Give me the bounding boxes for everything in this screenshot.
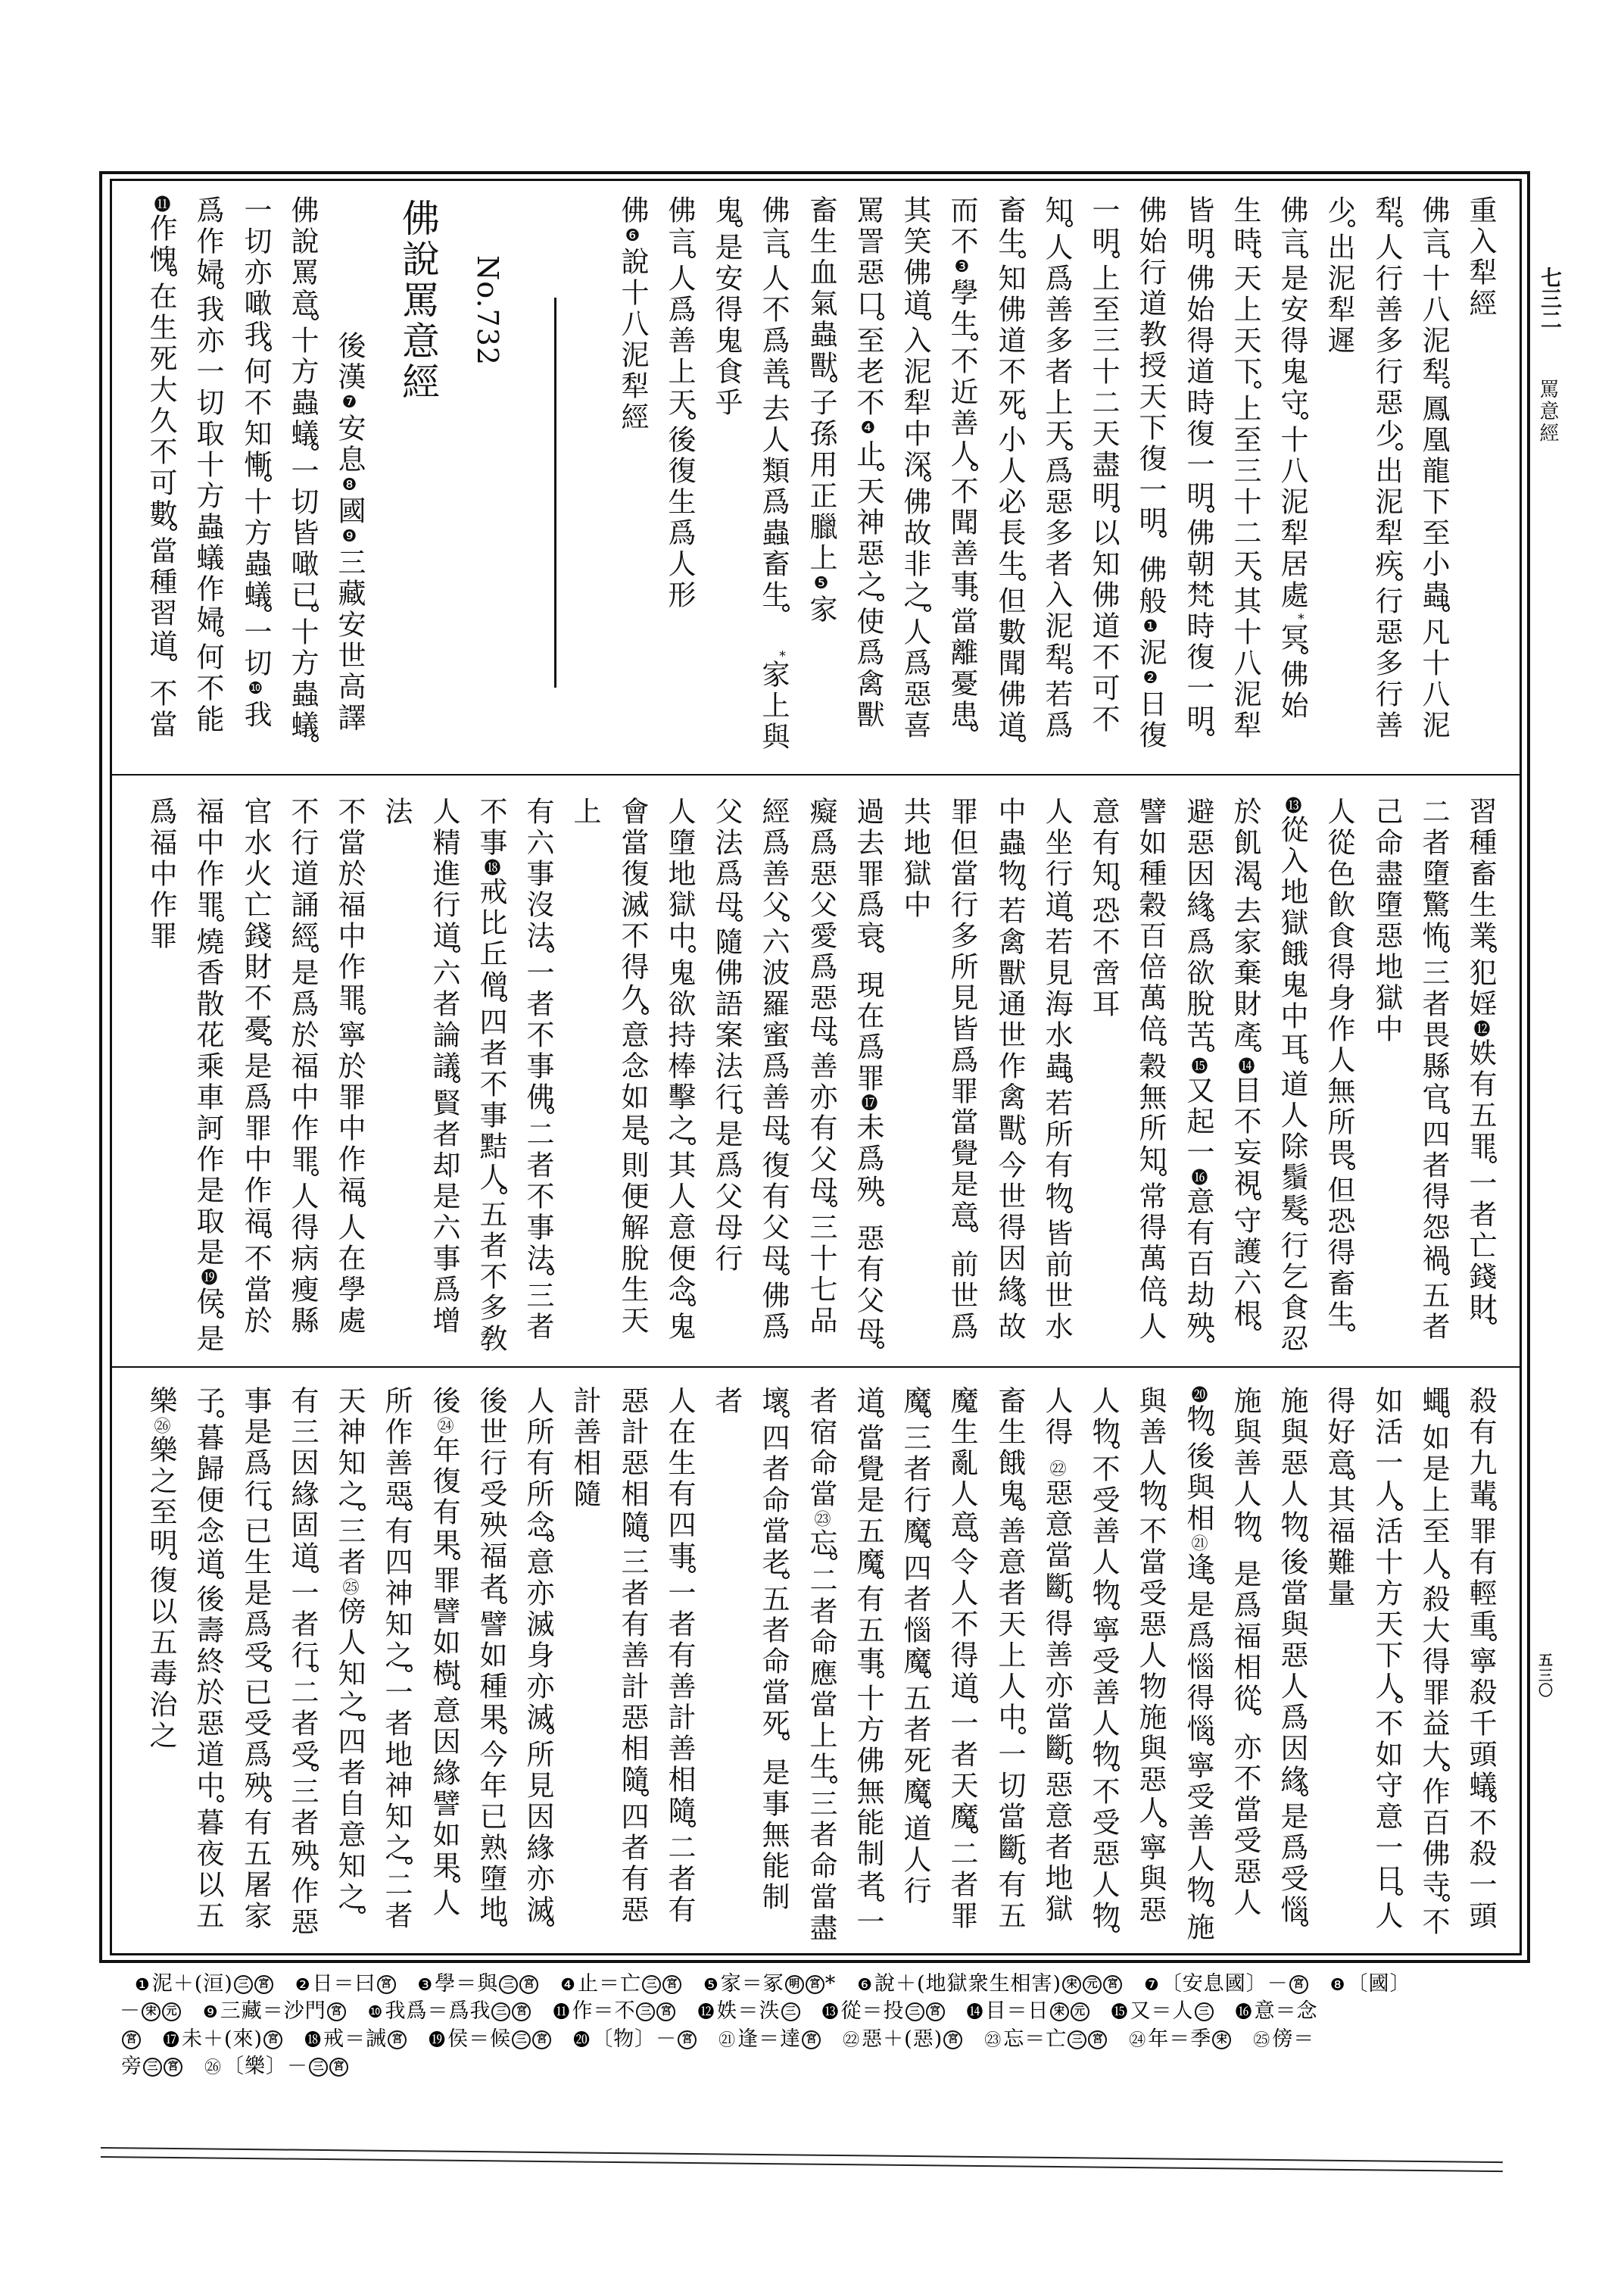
edition-siglum: 三 (234, 1975, 253, 1994)
text-column: 知。人爲善多者上天。爲惡多者入泥犁。若爲 (1033, 195, 1080, 741)
note-marker: ❹ (859, 419, 877, 439)
text-column: 重入犁經 (1457, 195, 1504, 320)
edition-siglum: 三 (642, 1975, 661, 1994)
note-marker: ⓴ (1189, 1386, 1208, 1404)
note-marker: ❸ (952, 257, 971, 278)
note-marker: ㉕ (340, 1578, 359, 1596)
note-marker: ㉓ (984, 2031, 1002, 2050)
asterisk-mark: * (775, 648, 790, 664)
text-column: 避惡因緣。爲欲脫苦。⓯又起一⓰意有百劫殃。 (1174, 797, 1221, 1348)
text-column: 畜生血氣蟲獸。子孫用正臘上❺家 (797, 195, 844, 626)
text-column: 魔。三者行魔。四者惱魔。五者死魔。道人行 (891, 1386, 938, 1907)
text-column: 畜生。知佛道不死。小人必長生。但數聞佛道。 (986, 195, 1033, 747)
register-divider-lower (112, 1366, 1520, 1368)
text-column: 意有知。恐不啻耳 (1080, 797, 1127, 1020)
edition-siglum: 宮 (1289, 1975, 1308, 1994)
note-marker: ㉔ (435, 1417, 454, 1435)
note-marker: ⓱ (859, 1094, 877, 1113)
edition-siglum: 宋 (1212, 2030, 1231, 2049)
text-column: ⓴物。後與相㉑逢。是爲惱得惱。寧受善人物。施 (1174, 1386, 1221, 1943)
text-column: 樂㉖樂之至明。復以五毒治之 (137, 1386, 184, 1752)
text-column: 所作善惡。有四神知之。一者地神知之。二者 (372, 1386, 419, 1932)
text-column: 後世行受殃福者。譬如種果。今年已熟墮地。 (467, 1386, 514, 1932)
edition-siglum: 宮 (329, 2058, 348, 2077)
note-marker: ❻ (623, 226, 642, 247)
edition-siglum: 宮 (388, 2030, 407, 2049)
edition-siglum: 宮 (254, 1975, 273, 1994)
edition-siglum: 宮 (164, 2058, 182, 2077)
text-column: 惡計惡相隨。三者有善計惡相隨。四者有惡 (609, 1386, 656, 1926)
text-column: 事是爲行。已生是爲受。已受爲殃。有五屠家 (232, 1386, 279, 1932)
footnote-line: 旁三宮 ㉖〔樂〕－三宮 (121, 2054, 349, 2081)
text-column: ⓫作愧。在生死大久不可數。當種習道。 不當 (137, 195, 184, 741)
edition-siglum: 三 (499, 1975, 518, 1994)
text-column: 施與惡人物。後當與惡人爲因緣。是爲受惱。 (1268, 1386, 1315, 1932)
note-marker: ㉑ (1189, 1534, 1208, 1553)
text-column: 佛言。人不爲善。去人類爲蟲畜生。 *家上與 (750, 195, 796, 753)
sutra-separator-rule (554, 298, 556, 688)
edition-siglum: 宮 (926, 2002, 945, 2021)
text-column: 罪但當行多所見皆爲罪當覺是意。 前世爲 (938, 797, 985, 1343)
text-column: 一切亦噉我。何不知慚。十方蟲蟻。一切❿我 (232, 195, 279, 731)
edition-siglum: 宮 (263, 2030, 282, 2049)
text-column: 施與善人物。 是爲福相從。 亦不當受惡人 (1221, 1386, 1268, 1919)
text-column: 人墮地獄中。鬼欲持棒擊之。其人意便念。鬼 (656, 797, 703, 1343)
note-marker: ⓮ (1236, 1057, 1255, 1075)
page-number: 七三二 (1535, 267, 1565, 330)
edition-siglum: 宋 (1050, 2002, 1069, 2021)
note-marker: ⓯ (1111, 2003, 1129, 2022)
text-column: 佛言。人爲善上天。後復生爲人形 (656, 195, 703, 611)
note-marker: ㉑ (718, 2031, 736, 2050)
text-column: 父法爲母。隨佛語案法行。是爲父母行 (703, 797, 750, 1275)
text-column: 不行道誦經。是爲於福中作罪。人得病瘦縣 (279, 797, 326, 1337)
text-column: 罵詈惡口。至老不❹止。天神惡之。使爲禽獸 (844, 195, 891, 731)
text-column: 者宿命當㉓忘。二者命應當上生。三者命當盡 (797, 1386, 844, 1944)
edition-siglum: 三 (512, 2030, 531, 2049)
note-marker: ❺ (812, 574, 831, 595)
text-column: 其笑佛道。入泥犁中深。佛故非之。人爲惡喜 (891, 195, 938, 741)
note-marker: ⓭ (822, 2003, 840, 2022)
footnote-line: －宋元 ❾三藏＝沙門宮 ❿我爲＝爲我三宮 ⓫作＝不三宮 ⓬妷＝泆三 ⓭從＝投三宮… (120, 1999, 1318, 2026)
note-marker: ❷ (295, 1976, 311, 1995)
margin-reference-number: 五三〇 (1531, 1653, 1558, 1698)
text-column: 如活一人。活十方天下人。不如守意一日。人 (1363, 1386, 1410, 1932)
text-column: 皆明。佛始得道時復一明。佛朝梵時復一明。 (1174, 195, 1221, 741)
edition-siglum: 宮 (678, 2030, 697, 2049)
note-marker: ⓮ (967, 2003, 984, 2022)
note-marker: ❻ (857, 1976, 873, 1995)
sutra-end-title-column: 佛❻說十八泥犁經 (609, 195, 656, 433)
text-column: 不當於福中作罪。寧於罪中作福。人在學處 (326, 797, 372, 1337)
text-column: 福中作罪。燒香散花乘車訶作是取是⓳侯。是 (184, 797, 231, 1355)
text-column: 譬如種穀百倍萬倍。穀無所知。常得萬倍。人 (1127, 797, 1174, 1343)
edition-siglum: 宋 (1062, 1975, 1081, 1994)
text-column: 人得 ㉒惡意當斷。得善亦當斷。惡意者地獄 (1033, 1386, 1080, 1925)
note-marker: ❸ (418, 1976, 434, 1995)
text-column: 蠅。如是上至人。殺大得罪益大。作百佛寺。不 (1410, 1386, 1457, 1938)
text-column: 二者墮驚怖。三者畏縣官。四者得怨禍。五者 (1410, 797, 1457, 1343)
text-column: 壞。四者命當老。五者命當死。 是事無能制 (750, 1386, 796, 1913)
note-marker: ⓰ (1236, 2003, 1253, 2022)
note-marker: ❽ (340, 476, 359, 496)
note-marker: ⓭ (1283, 797, 1301, 815)
text-column: 法 (372, 797, 419, 828)
note-marker: ⓬ (697, 2003, 715, 2022)
footnote-line: 宮 ⓱未＋(來)宮 ⓲戒＝誡宮 ⓳侯＝候三宮 ⓴〔物〕－宮 ㉑逢＝達宮 ㉒惡＋(… (121, 2027, 1314, 2054)
note-marker: ❿ (368, 2003, 384, 2022)
running-title: 罵意經 (1532, 379, 1563, 445)
edition-siglum: 三 (906, 2002, 924, 2021)
note-marker: ㉖ (151, 1417, 170, 1435)
note-marker: ⓴ (573, 2031, 591, 2050)
note-marker: ❶ (135, 1976, 151, 1995)
text-column: 人在生有四事。一者有善計善相隨。二者有 (656, 1386, 703, 1926)
note-marker: ㉒ (843, 2031, 860, 2050)
text-column: 與善人物。不當受惡人物施與惡人。寧與惡 (1127, 1386, 1174, 1926)
text-column: 天神知之。三者㉕傍人知之。四者自意知之。 (326, 1386, 372, 1919)
note-marker: ⓯ (1189, 1057, 1208, 1075)
edition-siglum: 元 (1083, 1975, 1102, 1994)
text-column: 人物。不受善人物。寧受善人物。不受惡人物。 (1080, 1386, 1127, 1938)
text-column: 習種畜生業。犯婬⓬妷有五罪。一者亡錢財。 (1457, 797, 1504, 1330)
text-column: 中蟲物。若禽獸通世作禽獸。今世得因緣。故 (986, 797, 1033, 1343)
text-column: 己命盡墮惡地獄中 (1363, 797, 1410, 1045)
note-marker: ⓰ (1189, 1169, 1208, 1187)
note-marker: ❶ (1141, 617, 1160, 638)
register-divider-upper (112, 774, 1520, 776)
note-marker: ❹ (560, 1976, 576, 1995)
sutra-title: 佛說罵意經 (391, 198, 444, 403)
text-column: 上 (561, 797, 608, 828)
note-marker: ⓲ (304, 2031, 322, 2050)
edition-siglum: 宮 (656, 2002, 675, 2021)
note-marker: ⓲ (482, 859, 500, 877)
text-column: 得好意。其福難量 (1315, 1386, 1362, 1609)
note-marker: ⓫ (553, 2003, 570, 2022)
note-marker: ⓳ (429, 2031, 446, 2050)
note-marker: ❿ (246, 679, 265, 700)
text-column: ⓭從入地獄餓鬼中耳。道人除鬚髮。行乞食忍 (1268, 797, 1315, 1355)
edition-siglum: 三 (143, 2058, 162, 2077)
bottom-rule-lower (101, 2156, 1503, 2172)
note-marker: ❽ (1330, 1976, 1346, 1995)
edition-siglum: 宮 (806, 1975, 824, 1994)
text-column: 爲作婦。我亦一切取十方蟲蟻作婦。何不能 (184, 195, 231, 735)
edition-siglum: 三 (1195, 2002, 1214, 2021)
edition-siglum: 元 (162, 2002, 181, 2021)
note-marker: ⓳ (198, 1269, 217, 1287)
footnote-line: ❶泥＋(洹)三宮 ❷日＝曰宮 ❸學＝與三宮 ❹止＝亡三宮 ❺家＝冢明宮* ❻說＋… (135, 1971, 1411, 1999)
edition-siglum: 三 (1068, 2030, 1086, 2049)
text-column: 道。當覺是五魔。有五事。十方佛無能制者。一 (844, 1386, 891, 1938)
edition-siglum: 三 (309, 2058, 328, 2077)
text-column: 過去罪爲衰。 現在爲罪⓱未爲殃。 惡有父母。 (844, 797, 891, 1354)
edition-siglum: 宋 (142, 2002, 161, 2021)
text-column: 佛言。十八泥犁。鳳凰龍下至小蟲。凡十八泥 (1410, 195, 1457, 741)
edition-siglum: 宮 (1103, 1975, 1122, 1994)
note-marker: ⓫ (151, 195, 170, 214)
edition-siglum: 宮 (802, 2030, 821, 2049)
text-column: 人從色飮食得身作人無所畏。但恐得畜生。 (1315, 797, 1362, 1337)
note-marker: ㉕ (1253, 2031, 1270, 2050)
edition-siglum: 宮 (662, 1975, 681, 1994)
text-column: 癡爲惡父愛爲惡母。善亦有父母。三十七品 (797, 797, 844, 1337)
note-marker: ㉖ (204, 2058, 222, 2077)
edition-siglum: 宮 (1088, 2030, 1107, 2049)
text-column: 殺有九輩。罪有輕重。寧殺千頭蟻。不殺一頭 (1457, 1386, 1504, 1932)
edition-siglum: 宮 (943, 2030, 962, 2049)
edition-siglum: 宮 (519, 1975, 538, 1994)
text-column: 人精進行道。六者論議。賢者却是六事爲增 (420, 797, 467, 1337)
text-column: 生時。天上天下。上至三十二天。其十八泥犁 (1221, 195, 1268, 741)
text-column: 佛言。是安得鬼守。十八泥犁居處*冥。佛始 (1268, 195, 1315, 722)
note-marker: ❼ (340, 393, 359, 414)
text-column: 計善相隨 (561, 1386, 608, 1510)
text-column: 不事⓲戒比丘僧。四者不事黠人。五者不多敎 (467, 797, 514, 1355)
text-column: 子。暮歸便念道。後壽終於惡道中。暮夜以五 (184, 1386, 231, 1932)
edition-siglum: 宮 (512, 2002, 531, 2021)
text-column: 魔生亂人意。令人不得道。一者天魔。二者罪 (938, 1386, 985, 1932)
text-column: 有三因緣固道。一者行。二者受。三者殃。作惡 (279, 1386, 326, 1938)
catalog-number: No.732 (469, 255, 507, 366)
text-column: 佛始行道教授天下復一明。 佛般❶泥❷日復 (1127, 195, 1174, 751)
note-marker: ⓱ (163, 2031, 180, 2050)
asterisk-mark: * (1293, 611, 1309, 627)
text-column: 佛說罵意。十方蟲蟻。一切皆噉已。十方蟲蟻。 (279, 195, 326, 747)
edition-siglum: 三 (781, 2002, 800, 2021)
bottom-rule-upper (101, 2147, 1503, 2163)
edition-siglum: 宮 (532, 2030, 551, 2049)
text-column: 經爲善父。六波羅蜜爲善母。復有父母。佛爲 (750, 797, 796, 1343)
text-column: 畜生餓鬼。善意者天上人中。一切當斷。有五 (986, 1386, 1033, 1932)
text-column: 於飢渴。去家棄財產。⓮目不妄視。守護六根。 (1221, 797, 1268, 1336)
translator-line: 後漢❼安息❽國❾三藏安世高譯 (326, 331, 372, 734)
edition-siglum: 宮 (377, 1975, 396, 1994)
edition-siglum: 宮 (122, 2030, 141, 2049)
note-marker: ❺ (703, 1976, 719, 1995)
text-column: 鬼。是安得鬼食乎 (703, 195, 750, 419)
edition-siglum: 三 (491, 2002, 510, 2021)
text-column: 爲福中作罪 (137, 797, 184, 952)
text-column: 共地獄中 (891, 797, 938, 921)
edition-siglum: 宮 (327, 2002, 346, 2021)
edition-siglum: 元 (1071, 2002, 1089, 2021)
text-column: 人所有所念。意亦滅身亦滅。所見因緣亦滅。 (514, 1386, 561, 1932)
text-column: 一明。上至三十二天盡明。以知佛道不可不 (1080, 195, 1127, 735)
scanned-page: 七三二 罵意經 五三〇 重入犁經 佛言。十八泥犁。鳳凰龍下至小蟲。凡十八泥 犁。… (0, 0, 1624, 2272)
edition-siglum: 三 (636, 2002, 655, 2021)
note-marker: ㉒ (1047, 1460, 1066, 1478)
note-marker: ❾ (203, 2003, 219, 2022)
text-column: 者 (703, 1386, 750, 1417)
text-column: 有六事沒法。一者不事佛。二者不事法。三者 (514, 797, 561, 1343)
text-column: 官水火亡錢財不憂。是爲罪中作福。不當於 (232, 797, 279, 1337)
text-column: 而不❸學生。不近善人。不聞善事。當離憂患。 (938, 195, 985, 737)
text-column: 會當復滅不得久。意念如是。則便解脫生天 (609, 797, 656, 1337)
text-column: 少。出泥犁遲 (1315, 195, 1362, 357)
text-column: 後㉔年復有果。罪譬如樹。意因緣譬如果。人 (420, 1386, 467, 1919)
note-marker: ㉓ (812, 1510, 831, 1528)
text-column: 人坐行道。若見海水蟲。若所有物。皆前世水 (1033, 797, 1080, 1343)
note-marker: ⓬ (1471, 1020, 1490, 1038)
note-marker: ❼ (1144, 1976, 1160, 1995)
note-marker: ❷ (1141, 669, 1160, 689)
text-column: 犁。人行善多行惡少。出泥犁疾。行惡多行善 (1363, 195, 1410, 741)
note-marker: ❾ (340, 527, 359, 548)
edition-siglum: 明 (785, 1975, 804, 1994)
note-marker: ㉔ (1129, 2031, 1146, 2050)
